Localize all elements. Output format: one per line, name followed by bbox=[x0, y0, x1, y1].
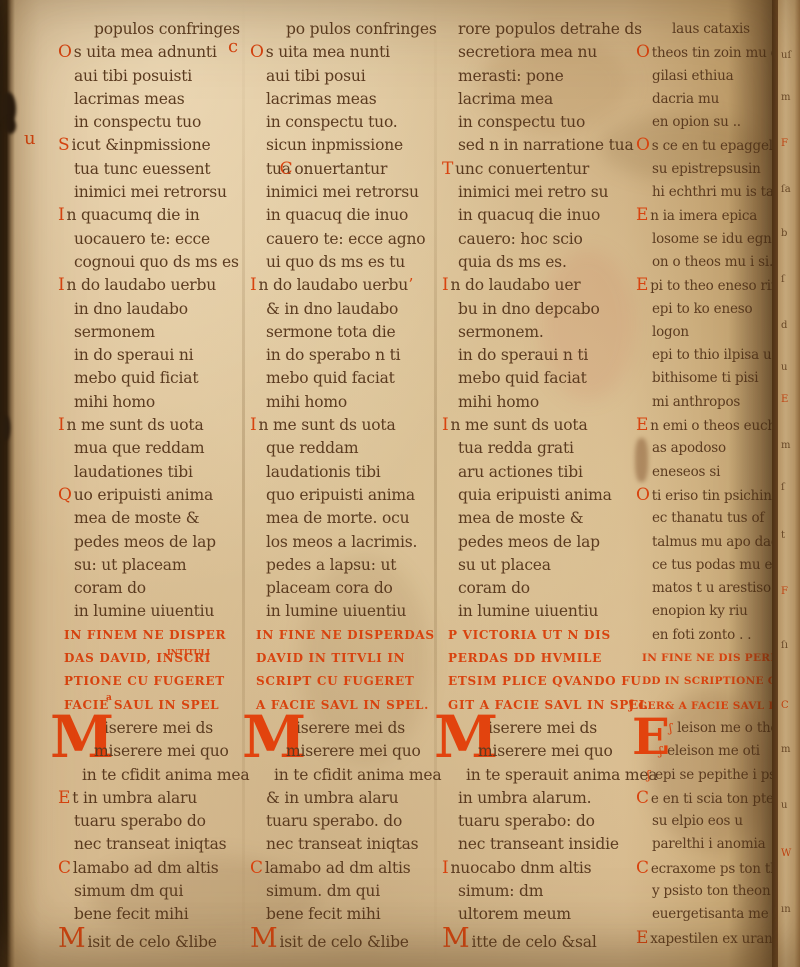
folio-text-fragment: F bbox=[781, 138, 788, 149]
text-line: tua tunc euessent bbox=[58, 158, 236, 181]
line-text: pi to theo eneso rima bbox=[650, 278, 791, 294]
line-text: n emi o theos euche bbox=[650, 418, 783, 434]
folio-text-fragment: F bbox=[781, 586, 788, 597]
line-text: pedes a lapsu: ut bbox=[266, 556, 396, 574]
text-line: tua Conuertantur bbox=[250, 158, 432, 181]
line-text: nec transeant insidie bbox=[458, 835, 619, 853]
text-line: merasti: pone bbox=[442, 65, 624, 88]
line-text: populos confringes bbox=[94, 20, 240, 38]
line-text: in te cfidit anima mea bbox=[274, 766, 441, 784]
text-line: En emi o theos euche bbox=[636, 414, 788, 437]
rubric-line: DD IN SCRIPTIONE CU FU bbox=[636, 670, 788, 693]
versal-initial: Q bbox=[58, 485, 74, 505]
text-line: in te cfidit anima mea bbox=[250, 764, 432, 787]
text-line: coram do bbox=[58, 577, 236, 600]
text-line: Miserere mei ds bbox=[58, 717, 236, 740]
line-text: on o theos mu i si. bbox=[652, 254, 773, 270]
text-line: in lumine uiuentiu bbox=[250, 600, 432, 623]
text-line: dacria mu bbox=[636, 88, 788, 111]
line-text: su: ut placeam bbox=[74, 556, 186, 574]
text-line: in conspectu tuo bbox=[442, 111, 624, 134]
text-line: nec transeant insidie bbox=[442, 833, 624, 856]
line-text: en foti zonto . . bbox=[652, 627, 751, 643]
text-line: inimici mei retrorsu bbox=[58, 181, 236, 204]
rubric-line: DAVID IN TITVLI IN bbox=[250, 647, 432, 670]
text-line: tuaru sperabo: do bbox=[442, 810, 624, 833]
text-line: talmus mu apo dacrio bbox=[636, 531, 788, 554]
line-text: in do speraui n ti bbox=[458, 346, 588, 364]
text-line: Exapestilen ex uranu ce bbox=[636, 927, 788, 950]
text-line: In do laudabo uerbu bbox=[58, 274, 236, 297]
versal-initial: O bbox=[636, 135, 652, 155]
text-line: matos t u arestiso bbox=[636, 577, 788, 600]
text-line: mihi homo bbox=[442, 391, 624, 414]
line-text: eleison me oti bbox=[667, 743, 760, 759]
text-line: Mitte de celo &sal bbox=[442, 927, 624, 950]
text-line: cognoui quo ds ms es bbox=[58, 251, 236, 274]
text-line: mebo quid ficiat bbox=[58, 367, 236, 390]
text-line: enopion ky riu bbox=[636, 600, 788, 623]
versal-initial: I bbox=[250, 415, 259, 435]
text-line: su: ut placeam bbox=[58, 554, 236, 577]
line-text: inimici mei retrorsu bbox=[74, 183, 227, 201]
line-text: bithisome ti pisi bbox=[652, 370, 758, 386]
text-line: Sicut &inpmissione bbox=[58, 134, 236, 157]
text-line: in do speraui ni bbox=[58, 344, 236, 367]
line-text: secretiora mea nu bbox=[458, 43, 597, 61]
parchment-crease bbox=[242, 0, 245, 967]
folio-text-fragment: u bbox=[781, 362, 787, 373]
versal-initial: O bbox=[250, 42, 266, 62]
text-line: sermonem bbox=[58, 321, 236, 344]
versal-initial: C bbox=[58, 858, 73, 878]
line-text: bu in dno depcabo bbox=[458, 300, 600, 318]
line-text: sicun inpmissione bbox=[266, 136, 403, 154]
line-text: coram do bbox=[458, 579, 530, 597]
line-text: tuaru sperabo. do bbox=[266, 812, 402, 830]
text-line: in umbra alarum. bbox=[442, 787, 624, 810]
line-text: simum. dm qui bbox=[266, 882, 380, 900]
text-line: quo eripuisti anima bbox=[250, 484, 432, 507]
line-text: su epistrepsusin bbox=[652, 161, 761, 177]
text-column-2: po pulos confringesOs uita mea nuntiaui … bbox=[250, 18, 432, 950]
text-line: cauero: hoc scio bbox=[442, 228, 624, 251]
text-line: mua que reddam bbox=[58, 437, 236, 460]
line-text: icut &inpmissione bbox=[71, 136, 210, 154]
text-line: simum. dm qui bbox=[250, 880, 432, 903]
line-text: mebo quid faciat bbox=[266, 369, 395, 387]
text-line: in quacuq die inuo bbox=[250, 204, 432, 227]
line-text: mihi homo bbox=[266, 393, 347, 411]
text-line: mea de morte. ocu bbox=[250, 507, 432, 530]
line-text: inimici mei retro su bbox=[458, 183, 608, 201]
folio-text-fragment: m bbox=[781, 92, 790, 103]
margin-mark: u bbox=[24, 128, 36, 149]
rubric-line: DAS DAVID, INSCRIINTITULI bbox=[58, 647, 236, 670]
line-text: su ut placea bbox=[458, 556, 551, 574]
text-line: Cecraxome ps ton theo to bbox=[636, 857, 788, 880]
line-text: mea de moste & bbox=[458, 509, 583, 527]
line-text: isit de celo &libe bbox=[279, 933, 408, 951]
line-text: po pulos confringes bbox=[286, 20, 437, 38]
parchment-nick bbox=[0, 415, 10, 441]
line-text: miserere mei quo bbox=[94, 742, 229, 760]
folio-text-fragment: d bbox=[781, 320, 787, 331]
text-line: miserere mei quo bbox=[250, 740, 432, 763]
rubric-line: ETSIM PLICE QVANDO FU bbox=[442, 670, 624, 693]
line-text: bene fecit mihi bbox=[266, 905, 380, 923]
text-line: miserere mei quo bbox=[58, 740, 236, 763]
text-line: cauero te: ecce agno bbox=[250, 228, 432, 251]
text-line: laudationes tibi bbox=[58, 461, 236, 484]
text-line: Os uita mea nunti bbox=[250, 41, 432, 64]
text-line: Miserere mei ds bbox=[442, 717, 624, 740]
line-text: unc conuertentur bbox=[455, 160, 589, 178]
line-text: iserere mei ds bbox=[488, 719, 597, 737]
text-line: en opion su .. bbox=[636, 111, 788, 134]
line-text: placeam cora do bbox=[266, 579, 393, 597]
rubric-line: IN FINE NE DISPERDAS bbox=[250, 624, 432, 647]
line-text: lacrimas meas bbox=[74, 90, 185, 108]
line-text: n me sunt ds uota bbox=[67, 416, 204, 434]
line-text: DAVID IN TITVLI IN bbox=[256, 651, 405, 665]
text-line: in lumine uiuentiu bbox=[442, 600, 624, 623]
text-line: ce tus podas mu ex olisth bbox=[636, 554, 788, 577]
line-text: t in umbra alaru bbox=[72, 789, 197, 807]
text-line: In do laudabo uerbuʼ bbox=[250, 274, 432, 297]
line-text: quo eripuisti anima bbox=[266, 486, 415, 504]
folio-text-fragment: E bbox=[781, 394, 788, 405]
line-text: bene fecit mihi bbox=[74, 905, 188, 923]
line-text: P VICTORIA UT N DIS bbox=[448, 628, 611, 642]
line-text: losome se idu egno bbox=[652, 231, 780, 247]
text-line: inimici mei retro su bbox=[442, 181, 624, 204]
text-line: que reddam bbox=[250, 437, 432, 460]
line-text: PERDAS DD HVMILE bbox=[448, 651, 602, 665]
line-text: in do sperabo n ti bbox=[266, 346, 400, 364]
line-text: in quacuq die inuo bbox=[266, 206, 408, 224]
versal-initial: E bbox=[636, 205, 650, 225]
line-text: tua redda grati bbox=[458, 439, 574, 457]
line-text: aru actiones tibi bbox=[458, 463, 583, 481]
line-text: aui tibi posui bbox=[266, 67, 365, 85]
text-line: quia ds ms es. bbox=[442, 251, 624, 274]
rubric-line: SCRIPT CU FUGERET bbox=[250, 670, 432, 693]
text-line: bu in dno depcabo bbox=[442, 298, 624, 321]
text-line: mea de moste & bbox=[442, 507, 624, 530]
line-text: cauero: hoc scio bbox=[458, 230, 583, 248]
text-line: aru actiones tibi bbox=[442, 461, 624, 484]
line-text: laudationis tibi bbox=[266, 463, 381, 481]
parchment-crease bbox=[434, 0, 437, 967]
line-text: ETSIM PLICE QVANDO FU bbox=[448, 674, 642, 688]
rubric-line: P VICTORIA UT N DIS bbox=[442, 624, 624, 647]
text-line: los meos a lacrimis. bbox=[250, 531, 432, 554]
line-text: mi anthropos bbox=[652, 394, 740, 410]
line-text: sed n in narratione tua bbox=[458, 136, 634, 154]
versal-initial: C bbox=[250, 858, 265, 878]
text-line: lacrima mea bbox=[442, 88, 624, 111]
text-line: tuaru sperabo. do bbox=[250, 810, 432, 833]
text-line: sermone tota die bbox=[250, 321, 432, 344]
text-line: Otheos tin zoin mu exig bbox=[636, 41, 788, 64]
text-line: mea de moste & bbox=[58, 507, 236, 530]
folio-text-fragment: C bbox=[781, 700, 789, 711]
line-text: onuertantur bbox=[294, 160, 387, 178]
line-text: logon bbox=[652, 324, 689, 340]
line-text: n do laudabo uer bbox=[451, 276, 581, 294]
text-line: simum: dm bbox=[442, 880, 624, 903]
line-text: s ce en tu epaggelia bbox=[652, 138, 785, 154]
line-text: miserere mei quo bbox=[478, 742, 613, 760]
text-line: inimici mei retrorsu bbox=[250, 181, 432, 204]
folio-text-fragment: ſı bbox=[781, 640, 788, 651]
text-line: in quacuq die inuo bbox=[442, 204, 624, 227]
text-column-3: rore populos detrahe dssecretiora mea nu… bbox=[442, 18, 624, 950]
text-line: po pulos confringes bbox=[250, 18, 432, 41]
text-line: su elpio eos u bbox=[636, 810, 788, 833]
text-line: Epi to theo eneso rima bbox=[636, 274, 788, 297]
text-line: & in dno laudabo bbox=[250, 298, 432, 321]
versal-initial: M bbox=[58, 923, 87, 954]
text-line: euergetisanta me bbox=[636, 903, 788, 926]
text-line: Clamabo ad dm altis bbox=[250, 857, 432, 880]
text-line: epi to ko eneso bbox=[636, 298, 788, 321]
text-line: ec thanatu tus of bbox=[636, 507, 788, 530]
text-line: in conspectu tuo. bbox=[250, 111, 432, 134]
line-text: itte de celo &sal bbox=[471, 933, 596, 951]
text-line: rore populos detrahe ds bbox=[442, 18, 624, 41]
line-text: in lumine uiuentiu bbox=[74, 602, 214, 620]
line-text: isit de celo &libe bbox=[87, 933, 216, 951]
text-line: lacrimas meas bbox=[250, 88, 432, 111]
folio-text-fragment: ſa bbox=[781, 184, 791, 195]
text-line: aui tibi posui bbox=[250, 65, 432, 88]
folio-text-fragment: m bbox=[781, 440, 790, 451]
text-line: in dno laudabo bbox=[58, 298, 236, 321]
line-text: ui quo ds ms es tu bbox=[266, 253, 405, 271]
line-text: matos t u arestiso bbox=[652, 580, 771, 596]
line-text: n me sunt ds uota bbox=[259, 416, 396, 434]
folio-text-fragment: W bbox=[781, 848, 791, 859]
versal-initial: T bbox=[442, 159, 455, 179]
line-text: epi to ko eneso bbox=[652, 301, 752, 317]
versal-initial: S bbox=[58, 135, 71, 155]
line-text: tua tunc euessent bbox=[74, 160, 210, 178]
text-line: Os ce en tu epaggelia bbox=[636, 134, 788, 157]
line-text: en opion su .. bbox=[652, 114, 741, 130]
line-text: n do laudabo uerbu bbox=[67, 276, 217, 294]
line-text: euergetisanta me bbox=[652, 906, 769, 922]
line-text: simum: dm bbox=[458, 882, 543, 900]
line-text: in te cfidit anima mea bbox=[82, 766, 249, 784]
line-text: mihi homo bbox=[458, 393, 539, 411]
versal-initial: I bbox=[58, 415, 67, 435]
line-text: in lumine uiuentiu bbox=[458, 602, 598, 620]
text-line: in do speraui n ti bbox=[442, 344, 624, 367]
line-text: sermonem. bbox=[458, 323, 544, 341]
text-line: Misit de celo &libe bbox=[58, 927, 236, 950]
text-line: uocauero te: ecce bbox=[58, 228, 236, 251]
paragraph-mark: ʃ bbox=[659, 744, 667, 758]
folio-text-fragment: ſ bbox=[781, 274, 785, 285]
text-line: In me sunt ds uota bbox=[442, 414, 624, 437]
text-line: laus cataxis bbox=[636, 18, 788, 41]
folio-text-fragment: uſ bbox=[781, 50, 791, 61]
line-text: iserere mei ds bbox=[296, 719, 405, 737]
versal-initial: M bbox=[442, 923, 471, 954]
text-line: sed n in narratione tua bbox=[442, 134, 624, 157]
line-text: lacrima mea bbox=[458, 90, 553, 108]
line-text: n me sunt ds uota bbox=[451, 416, 588, 434]
margin-mark: c bbox=[228, 36, 238, 57]
text-line: in lumine uiuentiu bbox=[58, 600, 236, 623]
text-line: En ia imera epica bbox=[636, 204, 788, 227]
line-text: dacria mu bbox=[652, 91, 719, 107]
folio-text-fragment: ſ bbox=[781, 482, 785, 493]
line-text: SCRIPT CU FUGERET bbox=[256, 674, 414, 688]
text-line: In me sunt ds uota bbox=[250, 414, 432, 437]
text-line: epi to thio ilpisa u fo bbox=[636, 344, 788, 367]
text-line: quia eripuisti anima bbox=[442, 484, 624, 507]
folio-text-fragment: ın bbox=[781, 904, 791, 915]
text-line: Clamabo ad dm altis bbox=[58, 857, 236, 880]
text-line: In me sunt ds uota bbox=[58, 414, 236, 437]
line-text: n ia imera epica bbox=[650, 208, 757, 224]
text-line: pedes meos de lap bbox=[58, 531, 236, 554]
text-line: Inuocabo dnm altis bbox=[442, 857, 624, 880]
text-line: pedes meos de lap bbox=[442, 531, 624, 554]
line-text: nuocabo dnm altis bbox=[451, 859, 592, 877]
line-text: s uita mea nunti bbox=[266, 43, 390, 61]
line-text: iserere mei ds bbox=[104, 719, 213, 737]
text-line: bithisome ti pisi bbox=[636, 367, 788, 390]
folio-text-fragment: t bbox=[781, 530, 785, 541]
line-text: in lumine uiuentiu bbox=[266, 602, 406, 620]
line-text: los meos a lacrimis. bbox=[266, 533, 417, 551]
scan-edge-left bbox=[0, 0, 15, 967]
versal-initial: E bbox=[636, 415, 650, 435]
line-text: mea de moste & bbox=[74, 509, 199, 527]
text-line: placeam cora do bbox=[250, 577, 432, 600]
text-line: sicun inpmissione bbox=[250, 134, 432, 157]
line-text: uo eripuisti anima bbox=[74, 486, 213, 504]
line-text: lamabo ad dm altis bbox=[73, 859, 219, 877]
line-text: epi to thio ilpisa u fo bbox=[652, 347, 788, 363]
text-line: Ce en ti scia ton pterigo bbox=[636, 787, 788, 810]
line-text: quia eripuisti anima bbox=[458, 486, 612, 504]
text-line: lacrimas meas bbox=[58, 88, 236, 111]
line-text: n do laudabo uerbu bbox=[259, 276, 409, 294]
text-line: tua redda grati bbox=[442, 437, 624, 460]
line-text: mebo quid ficiat bbox=[74, 369, 198, 387]
versal-initial: E bbox=[636, 928, 650, 948]
line-text: nec transeat iniqtas bbox=[266, 835, 418, 853]
rubric-line: PTIONE CU FUGERET bbox=[58, 670, 236, 693]
text-line: en foti zonto . . bbox=[636, 624, 788, 647]
versal-initial: I bbox=[442, 858, 451, 878]
text-line: parelthi i anomia bbox=[636, 833, 788, 856]
rubric-line: PERDAS DD HVMILE bbox=[442, 647, 624, 670]
text-column-1: populos confringesOs uita mea adnuntiaui… bbox=[58, 18, 236, 950]
text-line: mebo quid faciat bbox=[442, 367, 624, 390]
versal-initial: C bbox=[636, 788, 651, 808]
line-text: s uita mea adnunti bbox=[74, 43, 217, 61]
text-line: mihi homo bbox=[250, 391, 432, 414]
line-text: aui tibi posuisti bbox=[74, 67, 192, 85]
text-line: ʃepi se pepithe i psichi mu bbox=[636, 764, 788, 787]
versal-initial: I bbox=[442, 275, 451, 295]
line-text: ultorem meum bbox=[458, 905, 571, 923]
text-line: miserere mei quo bbox=[442, 740, 624, 763]
versal-initial: E bbox=[58, 788, 72, 808]
text-line: Misit de celo &libe bbox=[250, 927, 432, 950]
text-line: in te sperauit anima mea bbox=[442, 764, 624, 787]
versal-initial: O bbox=[58, 42, 74, 62]
text-line: Os uita mea adnunti bbox=[58, 41, 236, 64]
text-line: Miserere mei ds bbox=[250, 717, 432, 740]
line-text: simum dm qui bbox=[74, 882, 183, 900]
folio-text-fragment: m bbox=[781, 744, 790, 755]
text-line: logon bbox=[636, 321, 788, 344]
rubric-line: IN FINE NE DIS PERDAS bbox=[636, 647, 788, 670]
line-text: in conspectu tuo bbox=[74, 113, 201, 131]
line-text: quia ds ms es. bbox=[458, 253, 567, 271]
text-line: as apodoso bbox=[636, 437, 788, 460]
versal-initial: I bbox=[58, 275, 67, 295]
line-text: cognoui quo ds ms es bbox=[74, 253, 239, 271]
paragraph-mark: ʃ bbox=[647, 768, 655, 782]
versal-initial: C bbox=[280, 159, 295, 179]
line-text: rore populos detrahe ds bbox=[458, 20, 642, 38]
text-line: populos confringes bbox=[58, 18, 236, 41]
versal-initial: I bbox=[250, 275, 259, 295]
text-line: su ut placea bbox=[442, 554, 624, 577]
line-text: pedes meos de lap bbox=[74, 533, 216, 551]
text-line: pedes a lapsu: ut bbox=[250, 554, 432, 577]
text-line: In do laudabo uer bbox=[442, 274, 624, 297]
line-text: gilasi ethiua bbox=[652, 68, 733, 84]
text-line: & in umbra alaru bbox=[250, 787, 432, 810]
versal-initial: O bbox=[636, 42, 652, 62]
text-line: Quo eripuisti anima bbox=[58, 484, 236, 507]
text-line: in do sperabo n ti bbox=[250, 344, 432, 367]
line-text: in conspectu tuo. bbox=[266, 113, 398, 131]
line-text: in conspectu tuo bbox=[458, 113, 585, 131]
line-text: ec thanatu tus of bbox=[652, 510, 764, 526]
versal-initial: O bbox=[636, 485, 652, 505]
line-text: PTIONE CU FUGERET bbox=[64, 674, 225, 688]
line-text: lacrimas meas bbox=[266, 90, 377, 108]
text-line: Oti eriso tin psichin my bbox=[636, 484, 788, 507]
line-text: pedes meos de lap bbox=[458, 533, 600, 551]
line-text: n quacumq die in bbox=[67, 206, 200, 224]
text-line: su epistrepsusin bbox=[636, 158, 788, 181]
text-line: mebo quid faciat bbox=[250, 367, 432, 390]
line-text: IN FINEM NE DISPER bbox=[64, 628, 226, 642]
text-line: in conspectu tuo bbox=[58, 111, 236, 134]
line-text: y psisto ton theon to bbox=[652, 883, 788, 899]
paragraph-mark: ʃ bbox=[669, 721, 677, 735]
line-text: tuaru sperabo do bbox=[74, 812, 206, 830]
text-line: in te cfidit anima mea bbox=[58, 764, 236, 787]
versal-initial: I bbox=[58, 205, 67, 225]
line-text: eneseos si bbox=[652, 464, 720, 480]
line-text: lamabo ad dm altis bbox=[265, 859, 411, 877]
text-line: In quacumq die in bbox=[58, 204, 236, 227]
line-text: miserere mei quo bbox=[286, 742, 421, 760]
interlinear-gloss: INTITULI bbox=[161, 641, 210, 664]
